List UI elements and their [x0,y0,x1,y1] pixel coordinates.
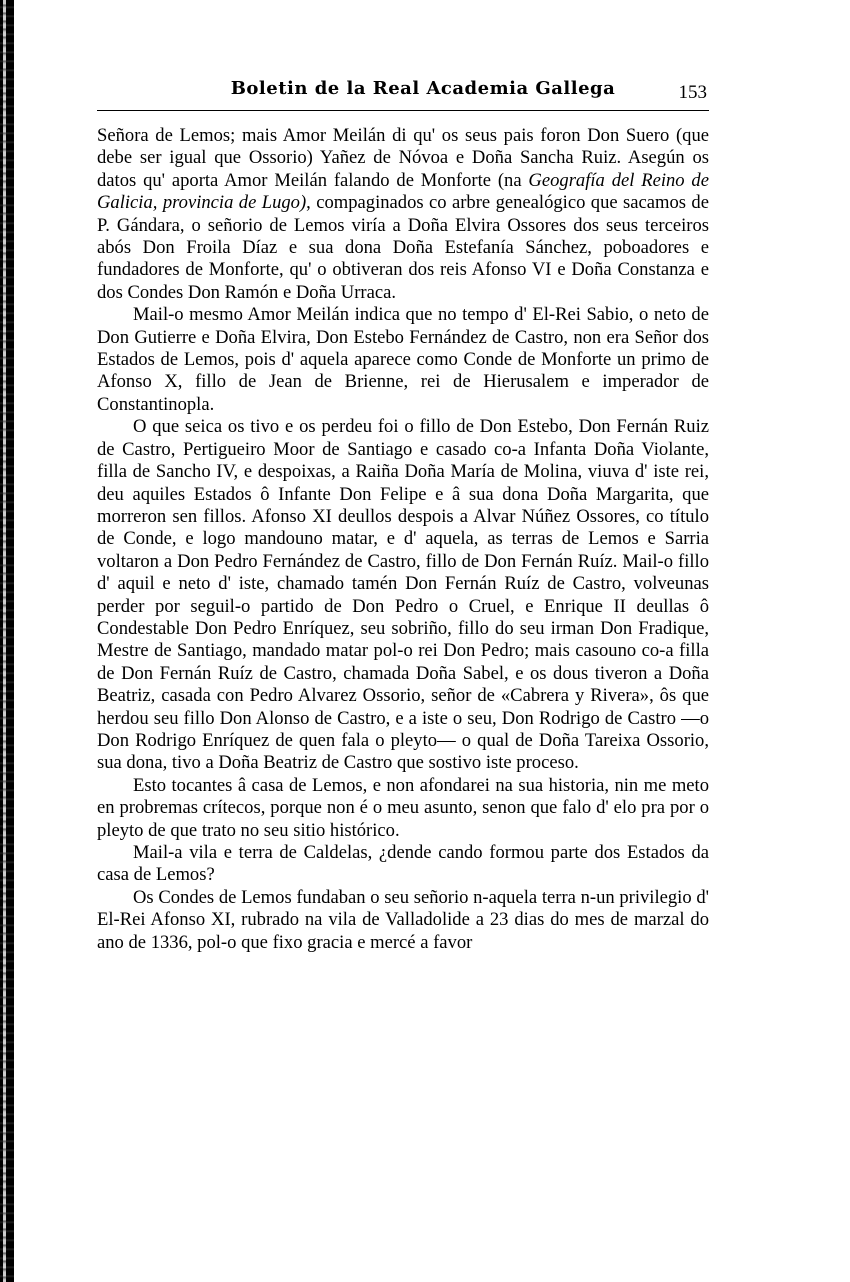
running-title: Boletin de la Real Academia Gallega [97,78,709,99]
scan-binding-edge [0,0,14,1282]
text-segment: O que seica os tivo e os perdeu foi o fi… [97,416,709,773]
body-text: Señora de Lemos; mais Amor Meilán di qu'… [97,125,709,954]
paragraph-5: Mail-a vila e terra de Caldelas, ¿dende … [97,842,709,887]
text-segment: Mail-o mesmo Amor Meilán indica que no t… [97,304,709,415]
text-segment: Esto tocantes â casa de Lemos, e non afo… [97,775,709,841]
page-number: 153 [679,82,708,104]
text-segment: Mail-a vila e terra de Caldelas, ¿dende … [97,842,709,885]
paragraph-2: Mail-o mesmo Amor Meilán indica que no t… [97,304,709,416]
scan-binding-noise [3,0,6,1282]
paragraph-3: O que seica os tivo e os perdeu foi o fi… [97,416,709,775]
document-page: Boletin de la Real Academia Gallega 153 … [97,78,709,954]
paragraph-1: Señora de Lemos; mais Amor Meilán di qu'… [97,125,709,304]
running-head: Boletin de la Real Academia Gallega 153 [97,78,709,111]
paragraph-4: Esto tocantes â casa de Lemos, e non afo… [97,775,709,842]
text-segment: Os Condes de Lemos fundaban o seu señori… [97,887,709,953]
paragraph-6: Os Condes de Lemos fundaban o seu señori… [97,887,709,954]
